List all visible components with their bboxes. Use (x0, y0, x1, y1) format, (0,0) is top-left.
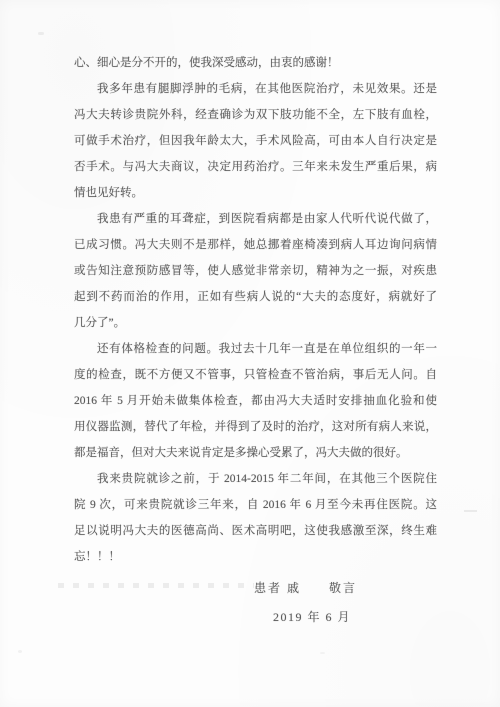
letter-line: 或告知注意预防感冒等，使人感觉非常亲切，精神为之一振，对疾患 (74, 258, 437, 284)
scan-artifact (58, 583, 254, 588)
letter-line: 冯大夫转诊贵院外科，经查确诊为双下肢功能不全，左下肢有血栓， (74, 102, 437, 128)
scanned-letter-page: 心、细心是分不开的，使我深受感动，由衷的感谢！ 我多年患有腿脚浮肿的毛病，在其他… (0, 0, 500, 707)
letter-line: 用仪器监测，替代了年检，并得到了及时的治疗，这对所有病人来说， (74, 414, 437, 440)
letter-line: 足以说明冯大夫的医德高尚、医术高明吧，这使我感激至深，终生难 (74, 518, 437, 544)
letter-line: 2016 年 5 月开始未做集体检查，都由冯大夫适时安排抽血化验和使 (74, 388, 437, 414)
letter-line: 已成习惯。冯大夫则不是那样，她总挪着座椅凑到病人耳边询问病情 (74, 232, 437, 258)
letter-line: 还有体格检查的问题。我过去十几年一直是在单位组织的一年一 (74, 336, 437, 362)
letter-line: 我多年患有腿脚浮肿的毛病，在其他医院治疗，未见效果。还是 (74, 76, 437, 102)
letter-line: 度的检查，既不方便又不管事，只管检查不管治病，事后无人问。自 (74, 362, 437, 388)
letter-line: 可做手术治疗，但因我年龄太大，手术风险高，可由本人自行决定是 (74, 128, 437, 154)
scan-artifact (18, 650, 22, 653)
scan-artifact (38, 32, 44, 35)
letter-line: 情也见好转。 (74, 180, 437, 206)
letter-line: 起到不药而治的作用，正如有些病人说的“大夫的态度好，病就好了 (74, 284, 437, 310)
letter-line: 几分了”。 (74, 310, 437, 336)
letter-body: 心、细心是分不开的，使我深受感动，由衷的感谢！ 我多年患有腿脚浮肿的毛病，在其他… (74, 50, 437, 570)
letter-line: 都是福音，但对大夫来说肯定是多操心受累了，冯大夫做的很好。 (74, 440, 437, 466)
scan-artifact (464, 510, 477, 512)
letter-line: 我患有严重的耳聋症，到医院看病都是由家人代听代说代做了， (74, 206, 437, 232)
letter-line: 否手术。与冯大夫商议，决定用药治疗。三年来未发生严重后果，病 (74, 154, 437, 180)
letter-line: 心、细心是分不开的，使我深受感动，由衷的感谢！ (74, 50, 437, 76)
letter-line: 忘！！！ (74, 544, 437, 570)
signature-line: 患者 戚 敬言 (254, 575, 357, 601)
scan-artifact (320, 652, 325, 654)
letter-line: 院 9 次，可来贵院就诊三年来，自 2016 年 6 月至今未再住医院。这 (74, 492, 437, 518)
date-line: 2019 年 6 月 (273, 604, 351, 630)
letter-line: 我来贵院就诊之前，于 2014-2015 年二年间，在其他三个医院住 (74, 466, 437, 492)
